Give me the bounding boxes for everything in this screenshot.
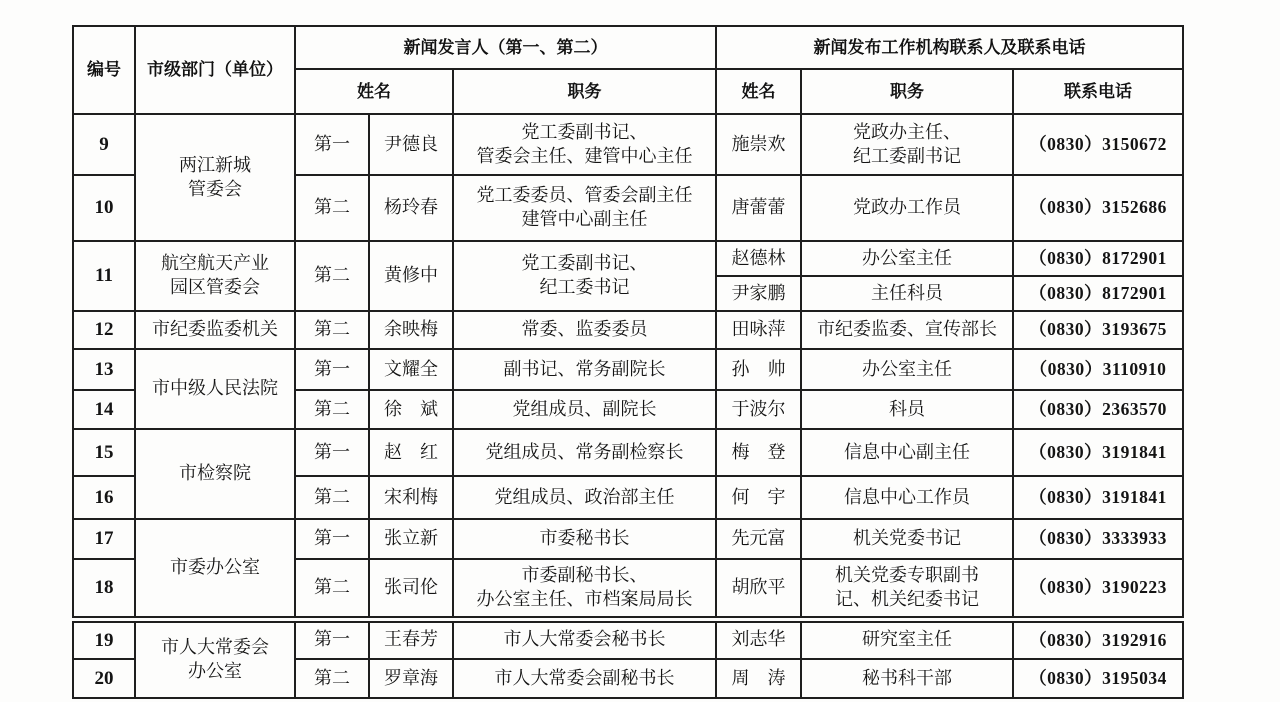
cell-no: 17 — [73, 519, 135, 559]
cell-contact-duty: 办公室主任 — [801, 241, 1013, 276]
cell-duty: 市人大常委会副秘书长 — [453, 659, 716, 698]
cell-no: 16 — [73, 476, 135, 519]
cell-order: 第一 — [295, 619, 369, 659]
cell-contact-name: 孙 帅 — [716, 349, 801, 390]
cell-order: 第二 — [295, 476, 369, 519]
cell-contact-duty: 主任科员 — [801, 276, 1013, 311]
cell-phone: （0830）3192916 — [1013, 619, 1183, 659]
cell-no: 10 — [73, 175, 135, 241]
cell-dept: 市纪委监委机关 — [135, 311, 295, 349]
cell-no: 19 — [73, 619, 135, 659]
cell-phone: （0830）3333933 — [1013, 519, 1183, 559]
header-duty-2: 职务 — [801, 69, 1013, 114]
cell-name: 黄修中 — [369, 241, 453, 311]
cell-name: 宋利梅 — [369, 476, 453, 519]
cell-duty: 常委、监委委员 — [453, 311, 716, 349]
spokesperson-table: 编号 市级部门（单位） 新闻发言人（第一、第二） 新闻发布工作机构联系人及联系电… — [72, 25, 1184, 699]
cell-dept: 市委办公室 — [135, 519, 295, 619]
header-row-groups: 编号 市级部门（单位） 新闻发言人（第一、第二） 新闻发布工作机构联系人及联系电… — [73, 26, 1183, 69]
cell-duty: 党组成员、常务副检察长 — [453, 429, 716, 476]
cell-duty: 党工委副书记、 纪工委书记 — [453, 241, 716, 311]
cell-order: 第二 — [295, 659, 369, 698]
cell-no: 9 — [73, 114, 135, 175]
cell-name: 徐 斌 — [369, 390, 453, 429]
cell-phone: （0830）8172901 — [1013, 241, 1183, 276]
cell-name: 赵 红 — [369, 429, 453, 476]
cell-contact-name: 施崇欢 — [716, 114, 801, 175]
cell-dept: 市检察院 — [135, 429, 295, 519]
cell-contact-duty: 秘书科干部 — [801, 659, 1013, 698]
header-dept: 市级部门（单位） — [135, 26, 295, 114]
cell-contact-name: 胡欣平 — [716, 559, 801, 619]
cell-no: 20 — [73, 659, 135, 698]
cell-duty: 党组成员、副院长 — [453, 390, 716, 429]
cell-duty: 党工委委员、管委会副主任 建管中心副主任 — [453, 175, 716, 241]
cell-order: 第一 — [295, 429, 369, 476]
cell-phone: （0830）3191841 — [1013, 429, 1183, 476]
cell-contact-duty: 市纪委监委、宣传部长 — [801, 311, 1013, 349]
cell-contact-duty: 信息中心副主任 — [801, 429, 1013, 476]
table-row: 15 市检察院 第一 赵 红 党组成员、常务副检察长 梅 登 信息中心副主任 （… — [73, 429, 1183, 476]
cell-no: 14 — [73, 390, 135, 429]
cell-name: 王春芳 — [369, 619, 453, 659]
cell-dept: 市中级人民法院 — [135, 349, 295, 429]
table-row: 17 市委办公室 第一 张立新 市委秘书长 先元富 机关党委书记 （0830）3… — [73, 519, 1183, 559]
cell-phone: （0830）3190223 — [1013, 559, 1183, 619]
cell-contact-duty: 办公室主任 — [801, 349, 1013, 390]
cell-phone: （0830）3150672 — [1013, 114, 1183, 175]
cell-duty: 市人大常委会秘书长 — [453, 619, 716, 659]
cell-name: 杨玲春 — [369, 175, 453, 241]
cell-no: 15 — [73, 429, 135, 476]
cell-duty: 副书记、常务副院长 — [453, 349, 716, 390]
header-no: 编号 — [73, 26, 135, 114]
table-row: 19 市人大常委会 办公室 第一 王春芳 市人大常委会秘书长 刘志华 研究室主任… — [73, 619, 1183, 659]
cell-contact-name: 于波尔 — [716, 390, 801, 429]
cell-name: 余映梅 — [369, 311, 453, 349]
cell-no: 12 — [73, 311, 135, 349]
cell-no: 18 — [73, 559, 135, 619]
table-row: 13 市中级人民法院 第一 文耀全 副书记、常务副院长 孙 帅 办公室主任 （0… — [73, 349, 1183, 390]
cell-contact-duty: 信息中心工作员 — [801, 476, 1013, 519]
cell-no: 11 — [73, 241, 135, 311]
header-name-2: 姓名 — [716, 69, 801, 114]
header-group-contact: 新闻发布工作机构联系人及联系电话 — [716, 26, 1183, 69]
cell-phone: （0830）3193675 — [1013, 311, 1183, 349]
cell-contact-duty: 研究室主任 — [801, 619, 1013, 659]
cell-contact-name: 尹家鹏 — [716, 276, 801, 311]
cell-duty: 市委副秘书长、 办公室主任、市档案局局长 — [453, 559, 716, 619]
table-row: 9 两江新城 管委会 第一 尹德良 党工委副书记、 管委会主任、建管中心主任 施… — [73, 114, 1183, 175]
cell-contact-name: 刘志华 — [716, 619, 801, 659]
cell-contact-duty: 机关党委专职副书 记、机关纪委书记 — [801, 559, 1013, 619]
cell-order: 第二 — [295, 311, 369, 349]
cell-order: 第二 — [295, 241, 369, 311]
cell-phone: （0830）2363570 — [1013, 390, 1183, 429]
cell-contact-name: 周 涛 — [716, 659, 801, 698]
cell-dept: 市人大常委会 办公室 — [135, 619, 295, 698]
cell-phone: （0830）3191841 — [1013, 476, 1183, 519]
cell-duty: 党组成员、政治部主任 — [453, 476, 716, 519]
cell-name: 张司伦 — [369, 559, 453, 619]
cell-phone: （0830）3110910 — [1013, 349, 1183, 390]
cell-contact-duty: 机关党委书记 — [801, 519, 1013, 559]
cell-order: 第二 — [295, 559, 369, 619]
cell-order: 第一 — [295, 114, 369, 175]
cell-order: 第一 — [295, 349, 369, 390]
document-page: 编号 市级部门（单位） 新闻发言人（第一、第二） 新闻发布工作机构联系人及联系电… — [0, 0, 1280, 702]
table-row: 11 航空航天产业 园区管委会 第二 黄修中 党工委副书记、 纪工委书记 赵德林… — [73, 241, 1183, 276]
cell-contact-duty: 科员 — [801, 390, 1013, 429]
cell-contact-duty: 党政办主任、 纪工委副书记 — [801, 114, 1013, 175]
cell-contact-name: 田咏萍 — [716, 311, 801, 349]
cell-phone: （0830）8172901 — [1013, 276, 1183, 311]
header-duty-1: 职务 — [453, 69, 716, 114]
cell-contact-name: 赵德林 — [716, 241, 801, 276]
cell-order: 第一 — [295, 519, 369, 559]
cell-contact-name: 梅 登 — [716, 429, 801, 476]
header-phone: 联系电话 — [1013, 69, 1183, 114]
cell-name: 尹德良 — [369, 114, 453, 175]
cell-phone: （0830）3152686 — [1013, 175, 1183, 241]
cell-duty: 市委秘书长 — [453, 519, 716, 559]
cell-dept: 航空航天产业 园区管委会 — [135, 241, 295, 311]
cell-order: 第二 — [295, 390, 369, 429]
cell-contact-name: 何 宇 — [716, 476, 801, 519]
cell-dept: 两江新城 管委会 — [135, 114, 295, 241]
cell-name: 张立新 — [369, 519, 453, 559]
table-row: 12 市纪委监委机关 第二 余映梅 常委、监委委员 田咏萍 市纪委监委、宣传部长… — [73, 311, 1183, 349]
cell-duty: 党工委副书记、 管委会主任、建管中心主任 — [453, 114, 716, 175]
cell-name: 罗章海 — [369, 659, 453, 698]
header-group-spokesperson: 新闻发言人（第一、第二） — [295, 26, 716, 69]
cell-contact-name: 唐蕾蕾 — [716, 175, 801, 241]
cell-no: 13 — [73, 349, 135, 390]
cell-contact-name: 先元富 — [716, 519, 801, 559]
header-name-1: 姓名 — [295, 69, 453, 114]
cell-contact-duty: 党政办工作员 — [801, 175, 1013, 241]
cell-order: 第二 — [295, 175, 369, 241]
cell-name: 文耀全 — [369, 349, 453, 390]
cell-phone: （0830）3195034 — [1013, 659, 1183, 698]
